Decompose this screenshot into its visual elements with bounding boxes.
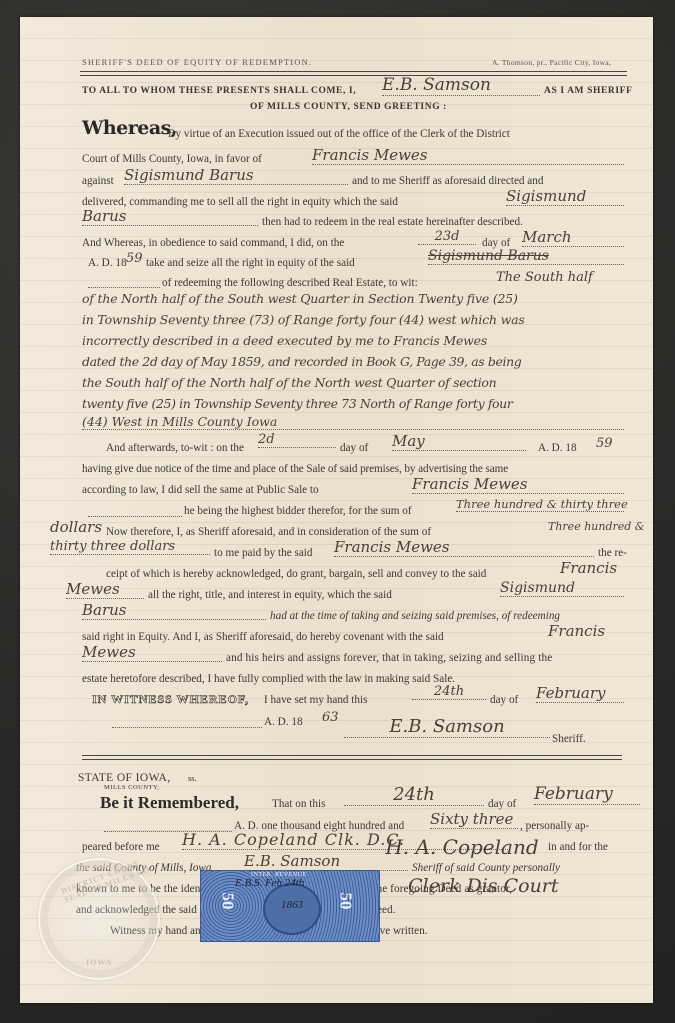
para3-line7: ceipt of which is hereby acknowledged, d…	[106, 568, 486, 580]
para3-line10: said right in Equity. And I, as Sheriff …	[82, 631, 444, 643]
para3-line12: estate heretofore described, I have full…	[82, 673, 455, 685]
ss-mark: ss.	[188, 773, 197, 783]
printer-credit: A. Thomson, pr., Pacific City, Iowa,	[492, 58, 611, 67]
sale-day: 2d	[258, 432, 336, 448]
revenue-stamp: INTER. REVENUE 50 50 E.B.S. Feb 24th 186…	[200, 870, 380, 942]
redeemer-first-name: Sigismund	[500, 580, 624, 597]
stamp-denomination-right: 50	[336, 893, 356, 910]
para1-line5: then had to redeem in the real estate he…	[262, 216, 523, 228]
para3-line11: and his heirs and assigns forever, that …	[226, 652, 552, 664]
legal-description-line-0: The South half	[496, 270, 593, 285]
legal-description-line-7: (44) West in Mills County Iowa	[82, 414, 624, 430]
ack-month: February	[534, 784, 640, 805]
mills-county: MILLS COUNTY,	[104, 784, 160, 791]
sale-year: 59	[596, 436, 613, 451]
buyer-name: Francis Mewes	[412, 475, 624, 494]
embossed-court-seal: DISTRICT COURT SEAL OF MILLS CO. IOWA	[38, 858, 160, 980]
state-of-iowa: STATE OF IOWA,	[78, 772, 171, 784]
para3-line6: to me paid by the said	[214, 547, 313, 559]
greeting-suffix: AS I AM SHERIFF	[544, 86, 632, 96]
para1-line3-pre: against	[82, 175, 114, 187]
grantee-first-name: Francis	[560, 559, 617, 577]
seize-year: 59	[126, 251, 143, 266]
para3-line4: he being the highest bidder therefor, fo…	[184, 505, 412, 517]
para2-line1: And Whereas, in obedience to said comman…	[82, 237, 344, 249]
ack-line2-post: , personally ap-	[520, 820, 589, 832]
sale-sum-words: Three hundred & thirty three	[456, 497, 624, 512]
ack-year-words: Sixty three	[430, 810, 518, 829]
defendant-first-name: Sigismund	[506, 187, 624, 206]
witness-year: 63	[322, 710, 339, 725]
whereas-heading: Whereas,	[82, 117, 177, 139]
clerk-signature: H. A. Copeland	[312, 835, 612, 860]
ack-line4-post: Sheriff of said County personally	[412, 862, 560, 874]
greeting-prefix: TO ALL TO WHOM THESE PRESENTS SHALL COME…	[82, 86, 356, 96]
legal-description-line-3: incorrectly described in a deed executed…	[82, 333, 487, 348]
consideration-sum-words: Three hundred &	[548, 520, 645, 533]
witness-day-of: day of	[490, 694, 518, 706]
para3-line6-post: the re-	[598, 547, 627, 559]
blank-line	[112, 717, 262, 728]
legal-description-line-1: of the North half of the South west Quar…	[82, 291, 518, 306]
stamp-cancellation: E.B.S. Feb 24th	[235, 877, 304, 889]
para3-line8: all the right, title, and interest in eq…	[148, 589, 392, 601]
para3-line1: And afterwards, to-wit : on the	[106, 442, 244, 454]
covenant-party-last: Mewes	[82, 643, 222, 662]
defendant-name: Sigismund Barus	[124, 166, 348, 185]
greeting-line-2: OF MILLS COUNTY, SEND GREETING :	[250, 102, 447, 112]
witness-ad: A. D. 18	[264, 716, 303, 728]
para3-ad: A. D. 18	[538, 442, 577, 454]
consideration-sum-words-2: thirty three dollars	[50, 539, 210, 555]
covenant-party-first: Francis	[548, 622, 605, 640]
para1-line3-post: and to me Sheriff as aforesaid directed …	[352, 175, 543, 187]
para3-line3: according to law, I did sell the same at…	[82, 484, 319, 496]
stamp-cancellation-year: 1863	[281, 899, 303, 911]
para2-ad: A. D. 18	[88, 257, 127, 269]
legal-description-line-2: in Township Seventy three (73) of Range …	[82, 312, 525, 327]
para3-line5: Now therefore, I, as Sheriff aforesaid, …	[106, 526, 431, 538]
seize-day: 23d	[418, 229, 476, 245]
seize-party-name: Sigismund Barus	[428, 248, 624, 265]
blank-line	[88, 506, 182, 517]
legal-description-line-4: dated the 2d day of May 1859, and record…	[82, 354, 521, 369]
defendant-last-name: Barus	[82, 207, 258, 226]
grantee-last-name: Mewes	[66, 580, 144, 599]
seal-text-bottom: IOWA	[86, 958, 112, 967]
para3-day-of: day of	[340, 442, 368, 454]
sale-month: May	[392, 432, 526, 451]
plaintiff-name: Francis Mewes	[312, 146, 624, 165]
in-witness-whereof: IN WITNESS WHEREOF,	[92, 692, 249, 707]
blank-line	[88, 277, 160, 288]
ack-line3-pre: peared before me	[82, 841, 160, 853]
sale-sum-dollars: dollars	[50, 518, 102, 536]
witness-day: 24th	[412, 684, 486, 700]
ack-day-of: day of	[488, 798, 516, 810]
witness-line1: I have set my hand this	[264, 694, 367, 706]
witness-month: February	[536, 684, 624, 703]
sheriff-label: Sheriff.	[552, 733, 586, 745]
para3-line9: had at the time of taking and seizing sa…	[270, 610, 560, 622]
stamp-denomination-left: 50	[218, 893, 238, 910]
sheriff-name-handwritten: E.B. Samson	[382, 75, 540, 96]
para1-line1: By virtue of an Execution issued out of …	[168, 128, 510, 140]
section-divider	[82, 755, 622, 760]
para2-line2: take and seize all the right in equity o…	[146, 257, 355, 269]
sheriff-signature: E.B. Samson	[344, 716, 550, 738]
para2-line3: of redeeming the following described Rea…	[162, 277, 418, 289]
be-it-remembered: Be it Remembered,	[100, 793, 239, 813]
payer-name: Francis Mewes	[334, 538, 594, 557]
para3-line2: having give due notice of the time and p…	[82, 463, 508, 475]
ack-line1: That on this	[272, 798, 325, 810]
para1-line2: Court of Mills County, Iowa, in favor of	[82, 153, 262, 165]
ack-day: 24th	[344, 784, 484, 806]
seize-month: March	[522, 228, 624, 247]
header-rule	[80, 71, 627, 76]
document-form-title: SHERIFF'S DEED OF EQUITY OF REDEMPTION.	[82, 57, 312, 67]
legal-description-line-5: the South half of the North half of the …	[82, 375, 496, 390]
clerk-title: Clerk Dis Court	[408, 875, 559, 897]
redeemer-last-name: Barus	[82, 601, 266, 620]
legal-description-line-6: twenty five (25) in Township Seventy thr…	[82, 396, 512, 411]
